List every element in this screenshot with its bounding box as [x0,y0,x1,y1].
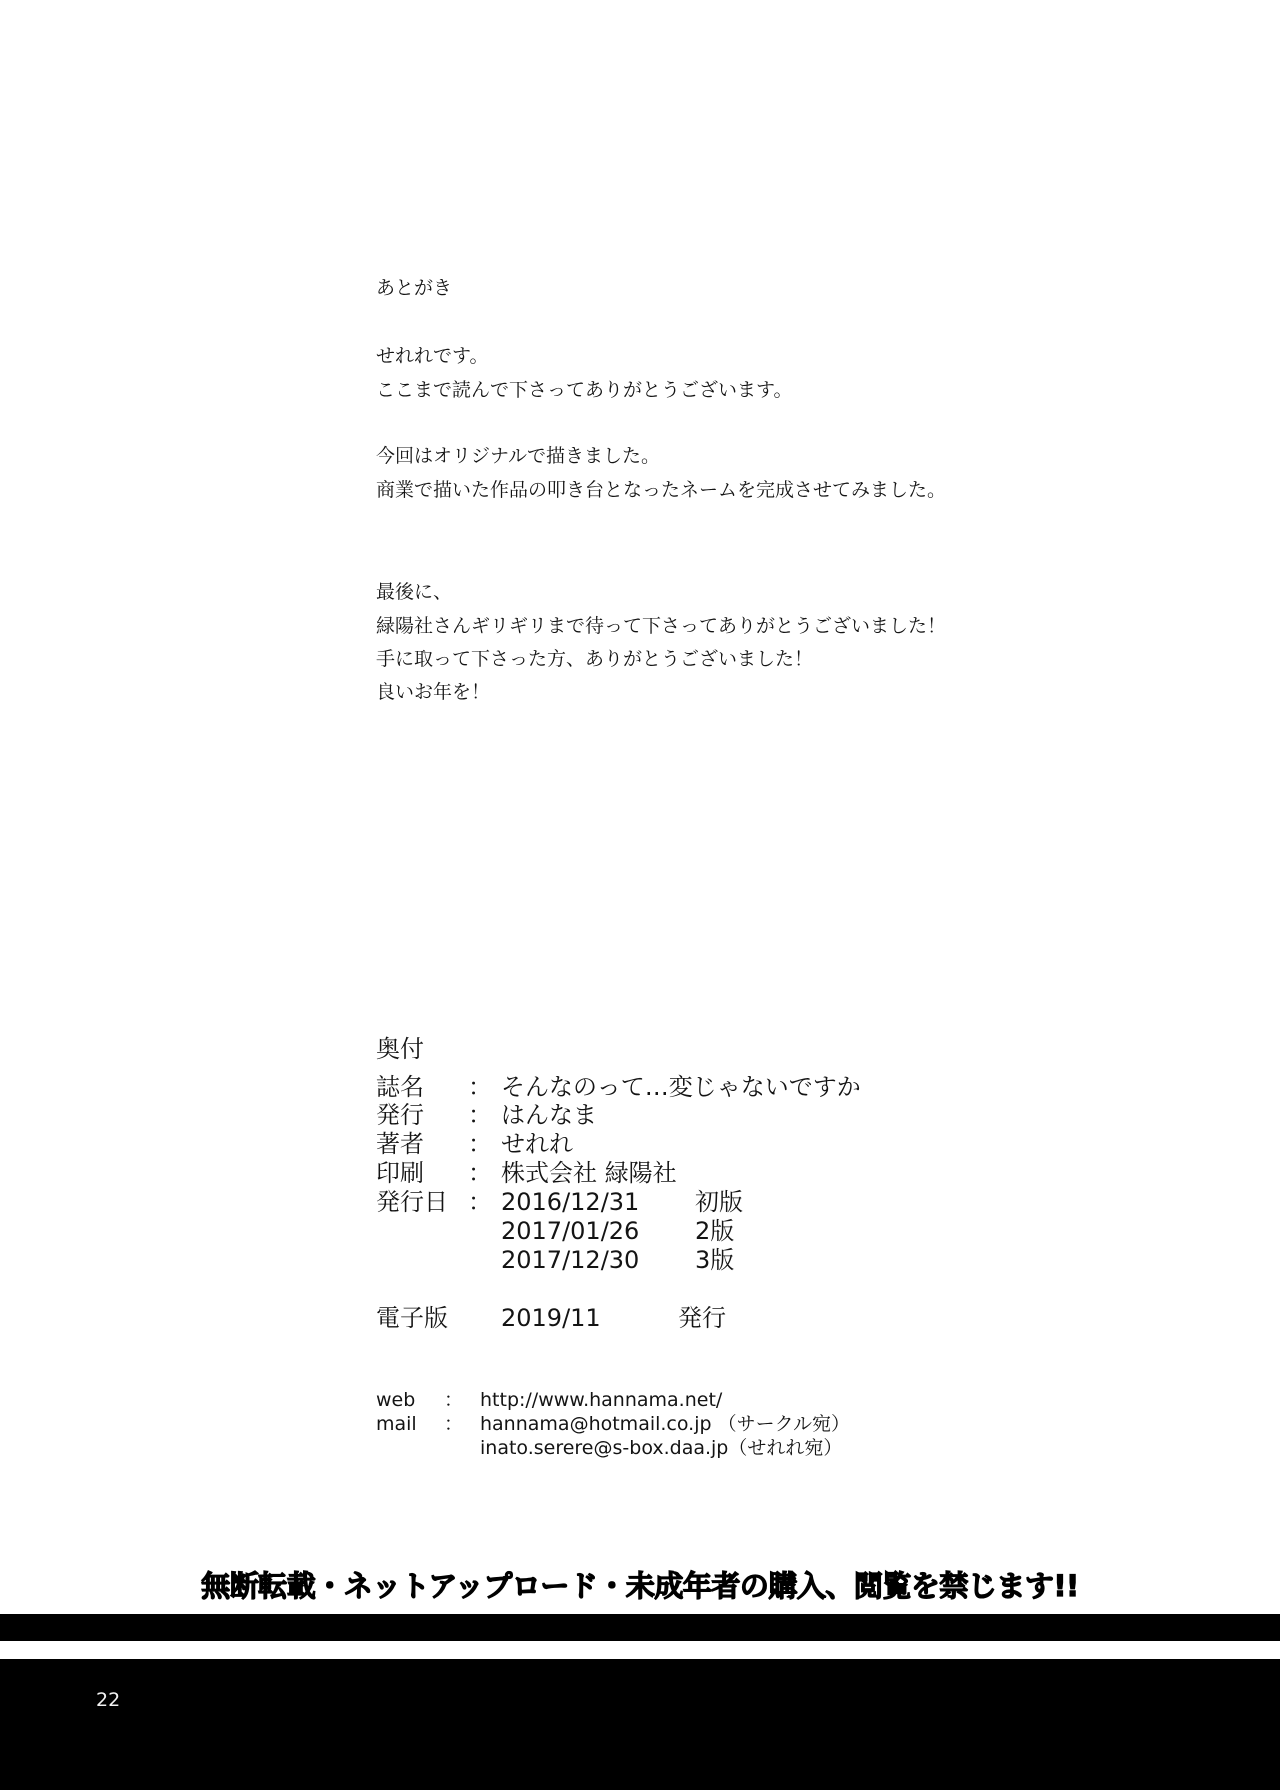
afterword-line: 今回はオリジナルで描きました。 [376,444,660,468]
colophon-label: 発行日 [376,1187,448,1217]
contact-label: web [376,1388,415,1412]
afterword-line: せれれです。 [376,344,488,368]
web-url: http://www.hannama.net/ [480,1388,722,1412]
contact-separator: ： [444,1388,463,1412]
footer-band [0,1659,1280,1790]
publication-date: 2016/12/31 [501,1187,639,1217]
publication-date: 2017/01/26 [501,1216,639,1246]
afterword-line: 緑陽社さんギリギリまで待って下さってありがとうございました！ [376,614,946,638]
colophon-value: 株式会社 緑陽社 [501,1158,677,1188]
digital-note: 発行 [678,1303,726,1333]
edition-label: 3版 [695,1245,734,1275]
afterword-line: 商業で描いた作品の叩き台となったネームを完成させてみました。 [376,478,946,502]
colophon-separator: ： [468,1072,492,1102]
edition-label: 2版 [695,1216,734,1246]
footer-divider-bar [0,1614,1280,1641]
afterword-heading: あとがき [376,276,452,300]
edition-label: 初版 [695,1187,743,1217]
colophon-value: はんなま [501,1100,597,1130]
afterword-line: 最後に、 [376,580,452,604]
digital-date: 2019/11 [501,1303,601,1333]
copyright-warning: 無断転載・ネットアップロード・未成年者の購入、閲覧を禁じます!! [0,1566,1280,1606]
colophon-separator: ： [468,1100,492,1130]
colophon-separator: ： [468,1158,492,1188]
page-number: 22 [96,1688,120,1712]
colophon-label: 電子版 [376,1303,448,1333]
contact-separator: ： [444,1412,463,1436]
afterword-line: ここまで読んで下さってありがとうございます。 [376,378,792,402]
colophon-separator: ： [468,1129,492,1159]
mail-address: inato.serere@s-box.daa.jp（せれれ宛） [480,1436,842,1460]
afterword-page: あとがき せれれです。 ここまで読んで下さってありがとうございます。 今回はオリ… [0,0,1280,1790]
afterword-line: 手に取って下さった方、ありがとうございました！ [376,647,813,671]
mail-address: hannama@hotmail.co.jp （サークル宛） [480,1412,850,1436]
colophon-label: 発行 [376,1100,424,1130]
colophon-value: せれれ [501,1129,573,1159]
colophon-label: 誌名 [376,1072,424,1102]
colophon-heading-label: 奥付 [376,1034,424,1064]
colophon-separator: ： [468,1187,492,1217]
colophon-label: 著者 [376,1129,424,1159]
afterword-line: 良いお年を！ [376,680,490,704]
publication-date: 2017/12/30 [501,1245,639,1275]
contact-label: mail [376,1412,417,1436]
colophon-value: そんなのって…変じゃないですか [501,1072,861,1102]
colophon-label: 印刷 [376,1158,424,1188]
